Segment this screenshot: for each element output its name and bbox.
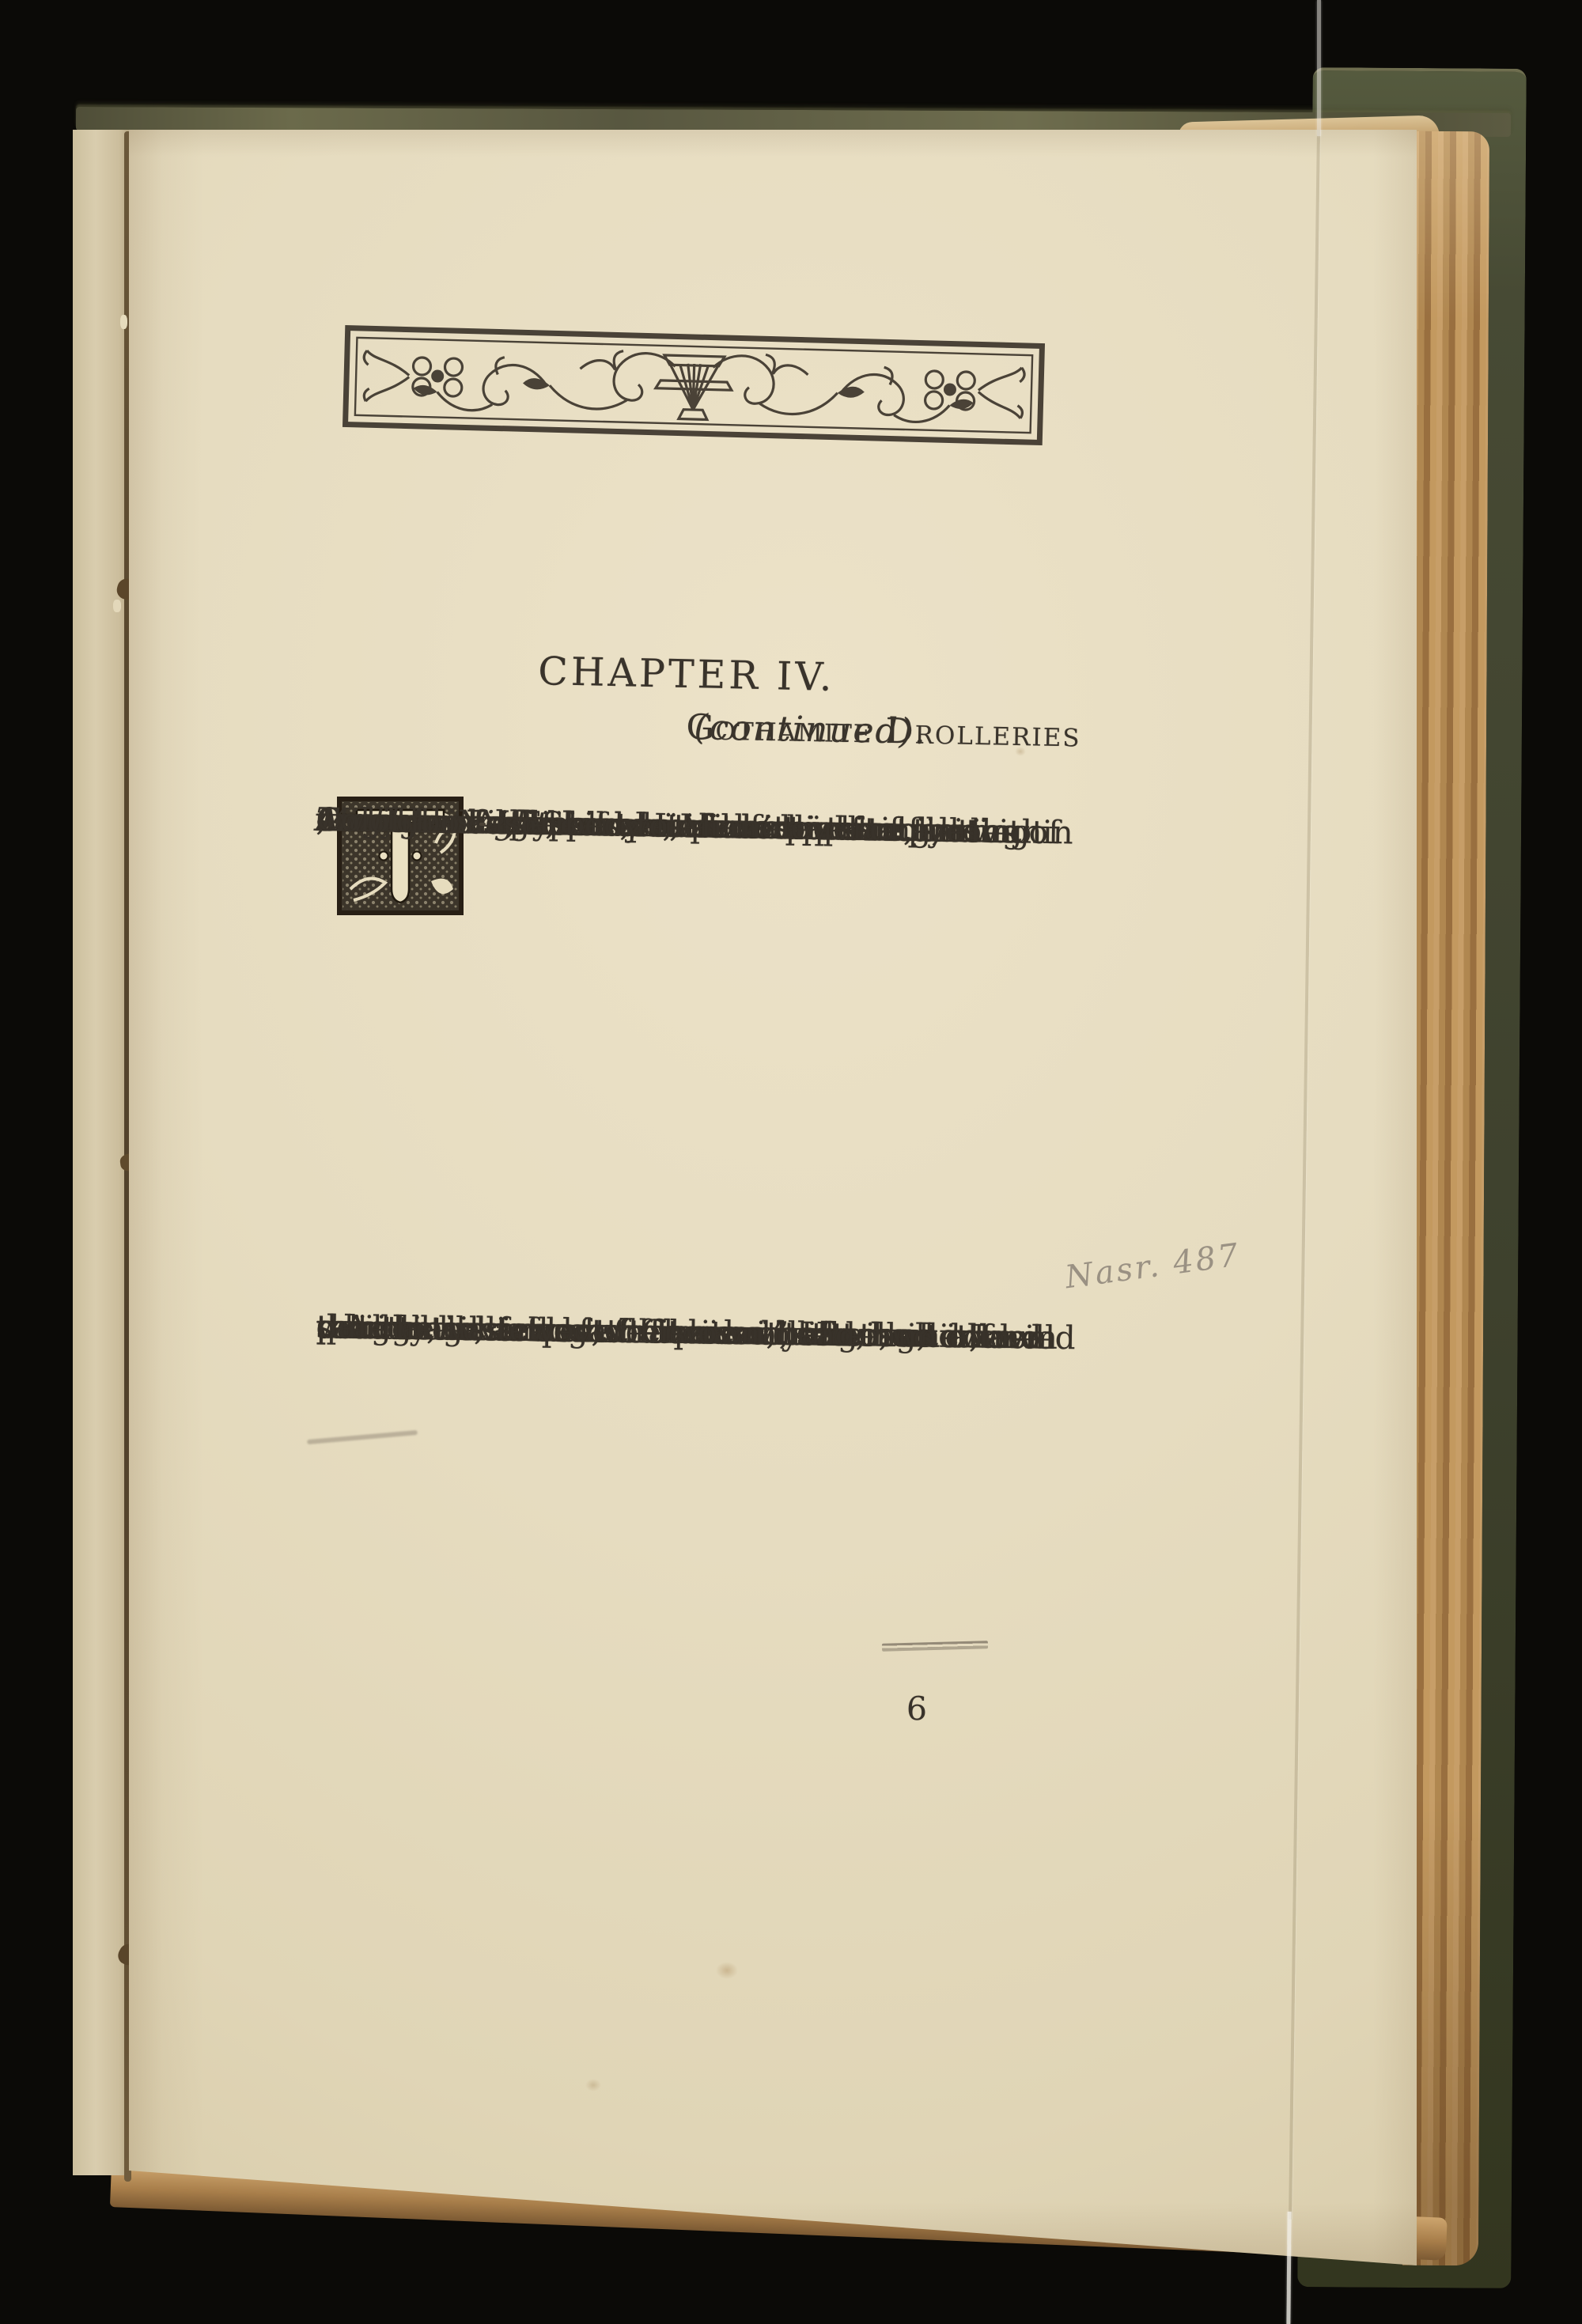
floral-headpiece-ornament-icon xyxy=(341,323,1046,447)
foxing-spot xyxy=(1015,747,1026,756)
pencil-smudge-mark xyxy=(307,1430,418,1444)
paragraph-story: A rustic simpleton was walking homeward … xyxy=(316,1306,1060,1317)
conservation-string xyxy=(1317,0,1321,136)
section-title-continued: (continued). xyxy=(694,707,927,752)
pencil-underline-mark xyxy=(882,1641,988,1652)
facing-page-sliver xyxy=(73,130,130,2175)
text-line: Colombo : xyxy=(316,799,483,844)
binding-stitch-chip xyxy=(113,600,121,612)
handwritten-pencil-note: Nasr. 487 xyxy=(1063,1237,1243,1296)
chapter-heading: CHAPTER IV. xyxy=(287,643,1087,705)
scanned-book-photograph: CHAPTER IV. Gothamite Drolleries(continu… xyxy=(0,0,1582,2324)
text-line: put the halter over his own head, and al… xyxy=(316,1306,1076,1359)
gutter-nick xyxy=(120,315,127,329)
paragraph-opening: ALES of sharpers’ tricks upon simpletons… xyxy=(316,799,1060,812)
book-page: CHAPTER IV. Gothamite Drolleries(continu… xyxy=(129,130,1417,2265)
ink-speck xyxy=(479,823,486,826)
foxing-spot xyxy=(716,1962,738,1979)
page-number: 6 xyxy=(906,1690,928,1728)
foxing-spot xyxy=(585,2079,601,2091)
conservation-string xyxy=(1286,2212,1291,2324)
